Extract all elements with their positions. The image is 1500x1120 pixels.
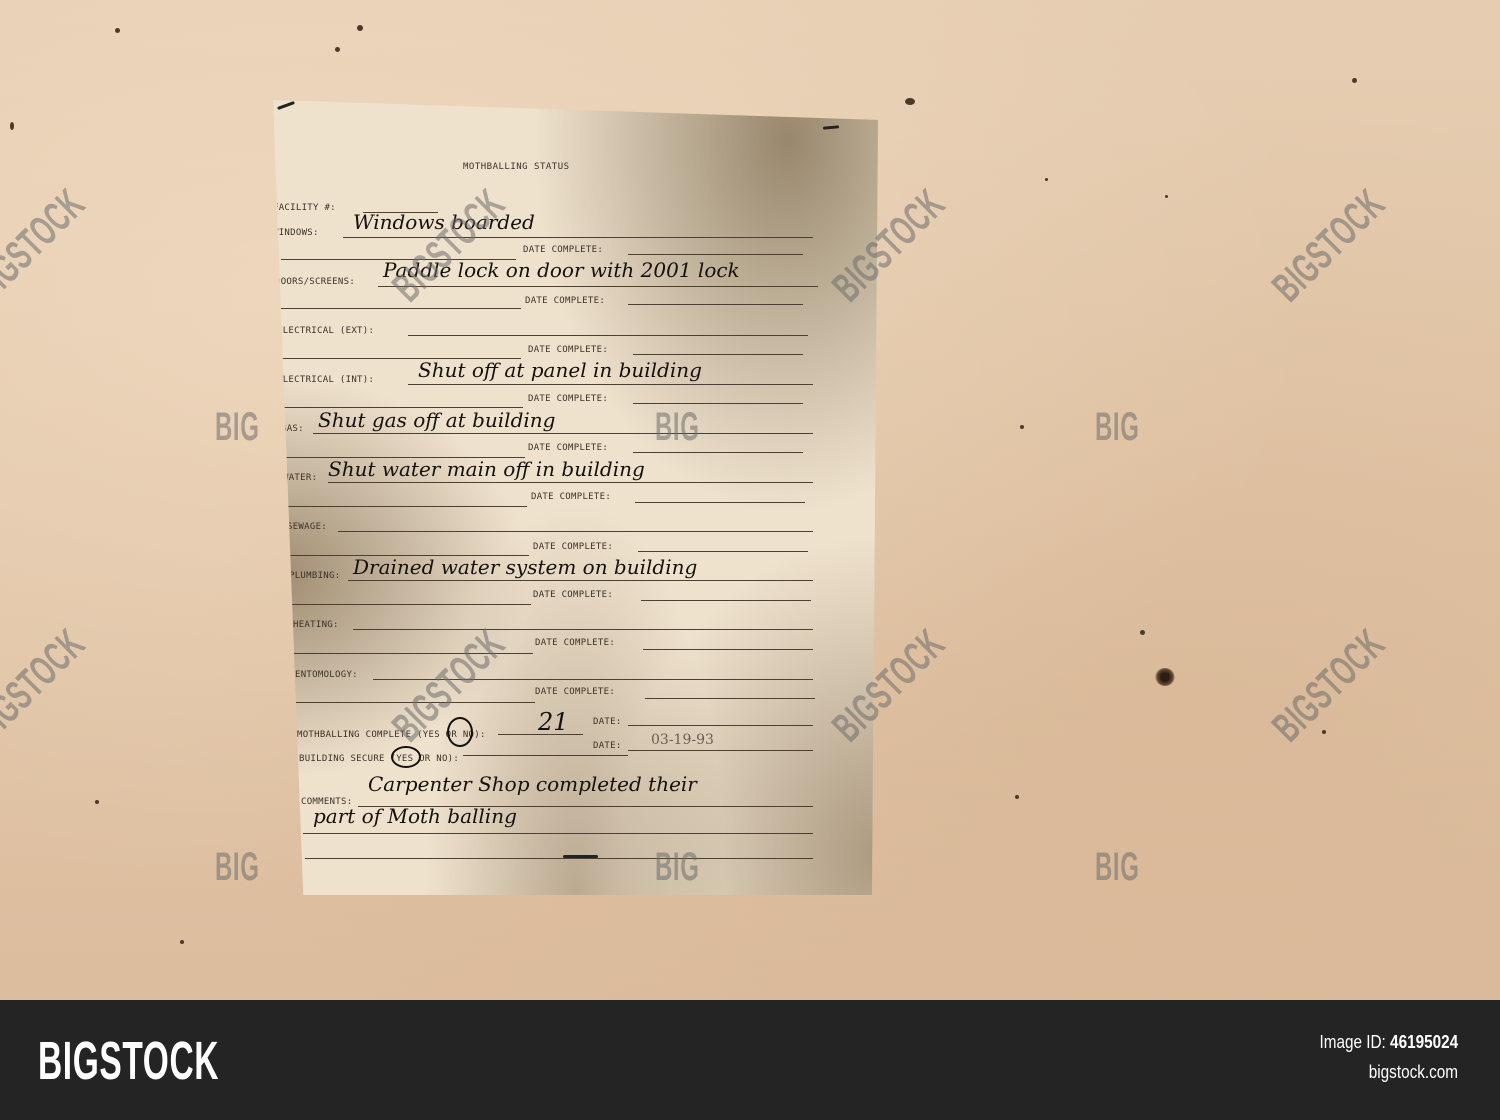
comments-line xyxy=(305,858,813,859)
heating-label: HEATING: xyxy=(293,620,339,630)
date-line xyxy=(628,254,803,255)
form-line xyxy=(291,604,531,605)
date-line xyxy=(628,304,803,305)
site-link[interactable]: bigstock.com xyxy=(1369,1062,1458,1083)
comments-line-2: part of Moth balling xyxy=(313,804,517,828)
watermark-big: BIG xyxy=(655,845,699,890)
watermark-big: BIG xyxy=(1095,845,1139,890)
date-line xyxy=(633,452,803,453)
building-secure-label: BUILDING SECURE (YES OR NO): xyxy=(299,754,459,764)
water-line xyxy=(328,482,813,483)
dirt-speck xyxy=(95,800,99,804)
dirt-speck xyxy=(115,28,120,33)
date-line xyxy=(633,403,803,404)
dirt-speck xyxy=(1045,178,1048,181)
electrical-int-label: ELECTRICAL (INT): xyxy=(277,375,374,385)
yes-circle-mark xyxy=(447,717,473,747)
date-line xyxy=(633,354,803,355)
date-line xyxy=(628,725,813,726)
wall-hole xyxy=(1155,668,1175,686)
date-line xyxy=(628,750,813,751)
watermark-big: BIG xyxy=(215,845,259,890)
form-line xyxy=(281,308,521,309)
comments-line-1: Carpenter Shop completed their xyxy=(368,772,697,796)
electrical-ext-line xyxy=(408,335,808,336)
facility-label: FACILITY #: xyxy=(273,203,336,213)
plumbing-line xyxy=(348,580,813,581)
date-line xyxy=(635,502,805,503)
water-label: WATER: xyxy=(283,473,317,483)
plumbing-label: PLUMBING: xyxy=(289,571,340,581)
watermark-big: BIG xyxy=(655,405,699,450)
mothballing-form: MOTHBALLING STATUS FACILITY #: WINDOWS: … xyxy=(273,100,878,895)
gas-line xyxy=(313,433,813,434)
date-line xyxy=(643,649,813,650)
date-line xyxy=(645,698,815,699)
date-complete-label: DATE COMPLETE: xyxy=(535,687,615,697)
building-secure-line xyxy=(463,755,628,756)
plumbing-value: Drained water system on building xyxy=(353,555,697,579)
building-secure-date-value: 03-19-93 xyxy=(651,732,714,748)
date-complete-label: DATE COMPLETE: xyxy=(533,590,613,600)
dirt-speck xyxy=(1015,795,1019,799)
electrical-int-value: Shut off at panel in building xyxy=(418,358,702,382)
dirt-speck xyxy=(905,98,915,105)
date-complete-label: DATE COMPLETE: xyxy=(523,245,603,255)
date-complete-label: DATE COMPLETE: xyxy=(533,542,613,552)
water-value: Shut water main off in building xyxy=(328,457,645,481)
dirt-speck xyxy=(1352,78,1357,83)
building-secure-date-label: DATE: xyxy=(593,741,622,751)
dirt-speck xyxy=(1020,425,1024,429)
dirt-speck xyxy=(180,940,184,944)
image-id: Image ID: 46195024 xyxy=(1319,1032,1458,1053)
footer-bar: BIGSTOCK Image ID: 46195024 bigstock.com xyxy=(0,1000,1500,1120)
date-complete-label: DATE COMPLETE: xyxy=(531,492,611,502)
dirt-speck xyxy=(335,47,340,52)
windows-label: WINDOWS: xyxy=(273,228,319,238)
dirt-speck xyxy=(10,122,14,130)
electrical-ext-label: ELECTRICAL (EXT): xyxy=(277,326,374,336)
windows-line xyxy=(343,237,813,238)
sewage-label: SEWAGE: xyxy=(287,522,327,532)
dirt-speck xyxy=(1140,630,1145,635)
mothballing-complete-value: 21 xyxy=(538,708,569,736)
electrical-int-line xyxy=(408,384,813,385)
dirt-speck xyxy=(1165,195,1168,198)
mothballing-date-label: DATE: xyxy=(593,717,622,727)
gas-value: Shut gas off at building xyxy=(318,408,555,432)
doors-line xyxy=(378,286,818,287)
image-id-label: Image ID: xyxy=(1319,1032,1385,1052)
entomology-label: ENTOMOLOGY: xyxy=(295,670,358,680)
heating-line xyxy=(353,629,813,630)
date-complete-label: DATE COMPLETE: xyxy=(528,394,608,404)
staple xyxy=(563,855,598,858)
date-complete-label: DATE COMPLETE: xyxy=(528,443,608,453)
watermark-big: BIG xyxy=(215,405,259,450)
form-line xyxy=(287,506,527,507)
form-title: MOTHBALLING STATUS xyxy=(463,162,570,172)
dirt-speck xyxy=(357,25,363,31)
date-complete-label: DATE COMPLETE: xyxy=(535,638,615,648)
comments-line xyxy=(303,833,813,834)
sewage-line xyxy=(338,531,813,532)
image-id-value: 46195024 xyxy=(1390,1032,1458,1052)
date-complete-label: DATE COMPLETE: xyxy=(525,296,605,306)
dirt-speck xyxy=(1322,730,1326,734)
date-line xyxy=(638,551,808,552)
date-line xyxy=(641,600,811,601)
watermark-big: BIG xyxy=(1095,405,1139,450)
date-complete-label: DATE COMPLETE: xyxy=(528,345,608,355)
bigstock-logo: BIGSTOCK xyxy=(38,1030,219,1092)
doors-label: DOORS/SCREENS: xyxy=(275,277,355,287)
